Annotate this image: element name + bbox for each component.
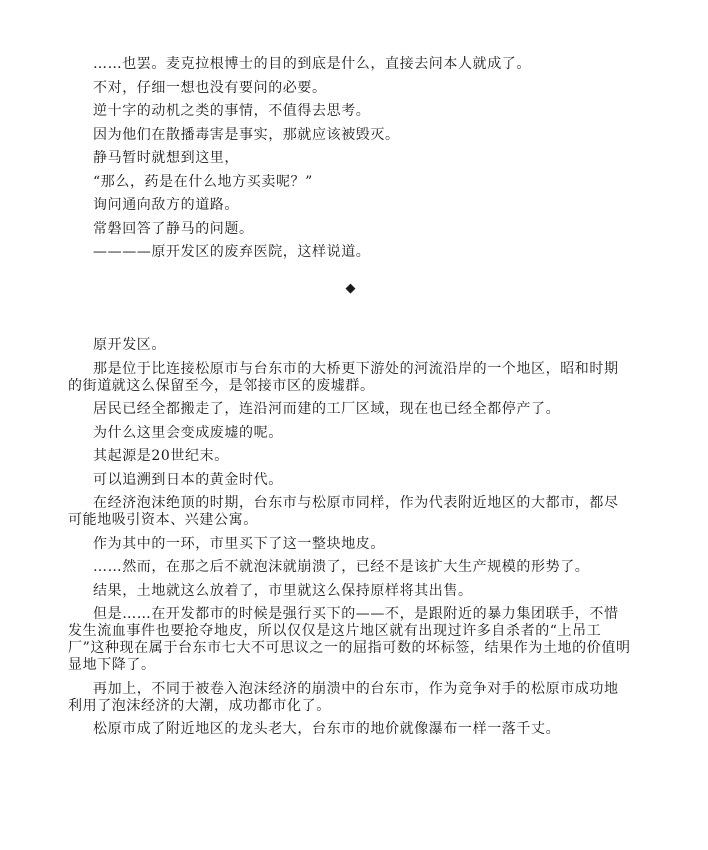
paragraph: 询问通向敌方的道路。 [68, 197, 633, 214]
paragraph: 结果，土地就这么放着了，市里就这么保持原样将其出售。 [68, 583, 633, 600]
paragraph: 可以追溯到日本的黄金时代。 [68, 472, 633, 489]
paragraph: 再加上，不同于被卷入泡沫经济的崩溃中的台东市，作为竞争对手的松原市成功地利用了泡… [68, 681, 633, 715]
section-1: ……也罢。麦克拉根博士的目的到底是什么，直接去问本人就成了。 不对，仔细一想也没… [68, 56, 633, 261]
paragraph: 但是……在开发都市的时候是强行买下的——不，是跟附近的暴力集团联手，不惜发生流血… [68, 606, 633, 674]
paragraph: 为什么这里会变成废墟的呢。 [68, 425, 633, 442]
paragraph: ……也罢。麦克拉根博士的目的到底是什么，直接去问本人就成了。 [68, 56, 633, 73]
paragraph: 其起源是20世纪末。 [68, 448, 633, 465]
section-2: 原开发区。 那是位于比连接松原市与台东市的大桥更下游处的河流沿岸的一个地区，昭和… [68, 337, 633, 738]
paragraph: “那么，药是在什么地方买卖呢？” [68, 174, 633, 191]
document-page: ……也罢。麦克拉根博士的目的到底是什么，直接去问本人就成了。 不对，仔细一想也没… [68, 56, 633, 745]
paragraph: ……然而，在那之后不就泡沫就崩溃了，已经不是该扩大生产规模的形势了。 [68, 559, 633, 576]
paragraph: 居民已经全都搬走了，连沿河而建的工厂区域，现在也已经全都停产了。 [68, 401, 633, 418]
paragraph: 因为他们在散播毒害是事实，那就应该被毁灭。 [68, 127, 633, 144]
paragraph: 逆十字的动机之类的事情，不值得去思考。 [68, 103, 633, 120]
paragraph: ————原开发区的废弃医院，这样说道。 [68, 244, 633, 261]
paragraph: 原开发区。 [68, 337, 633, 354]
paragraph: 那是位于比连接松原市与台东市的大桥更下游处的河流沿岸的一个地区，昭和时期的街道就… [68, 361, 633, 395]
paragraph: 静马暂时就想到这里， [68, 150, 633, 167]
paragraph: 不对，仔细一想也没有要问的必要。 [68, 80, 633, 97]
paragraph: 作为其中的一环，市里买下了这一整块地皮。 [68, 536, 633, 553]
paragraph: 松原市成了附近地区的龙头老大，台东市的地价就像瀑布一样一落千丈。 [68, 721, 633, 738]
section-separator-diamond-icon: ◆ [68, 279, 633, 299]
paragraph: 常磐回答了静马的问题。 [68, 221, 633, 238]
paragraph: 在经济泡沫绝顶的时期，台东市与松原市同样，作为代表附近地区的大都市，都尽可能地吸… [68, 495, 633, 529]
